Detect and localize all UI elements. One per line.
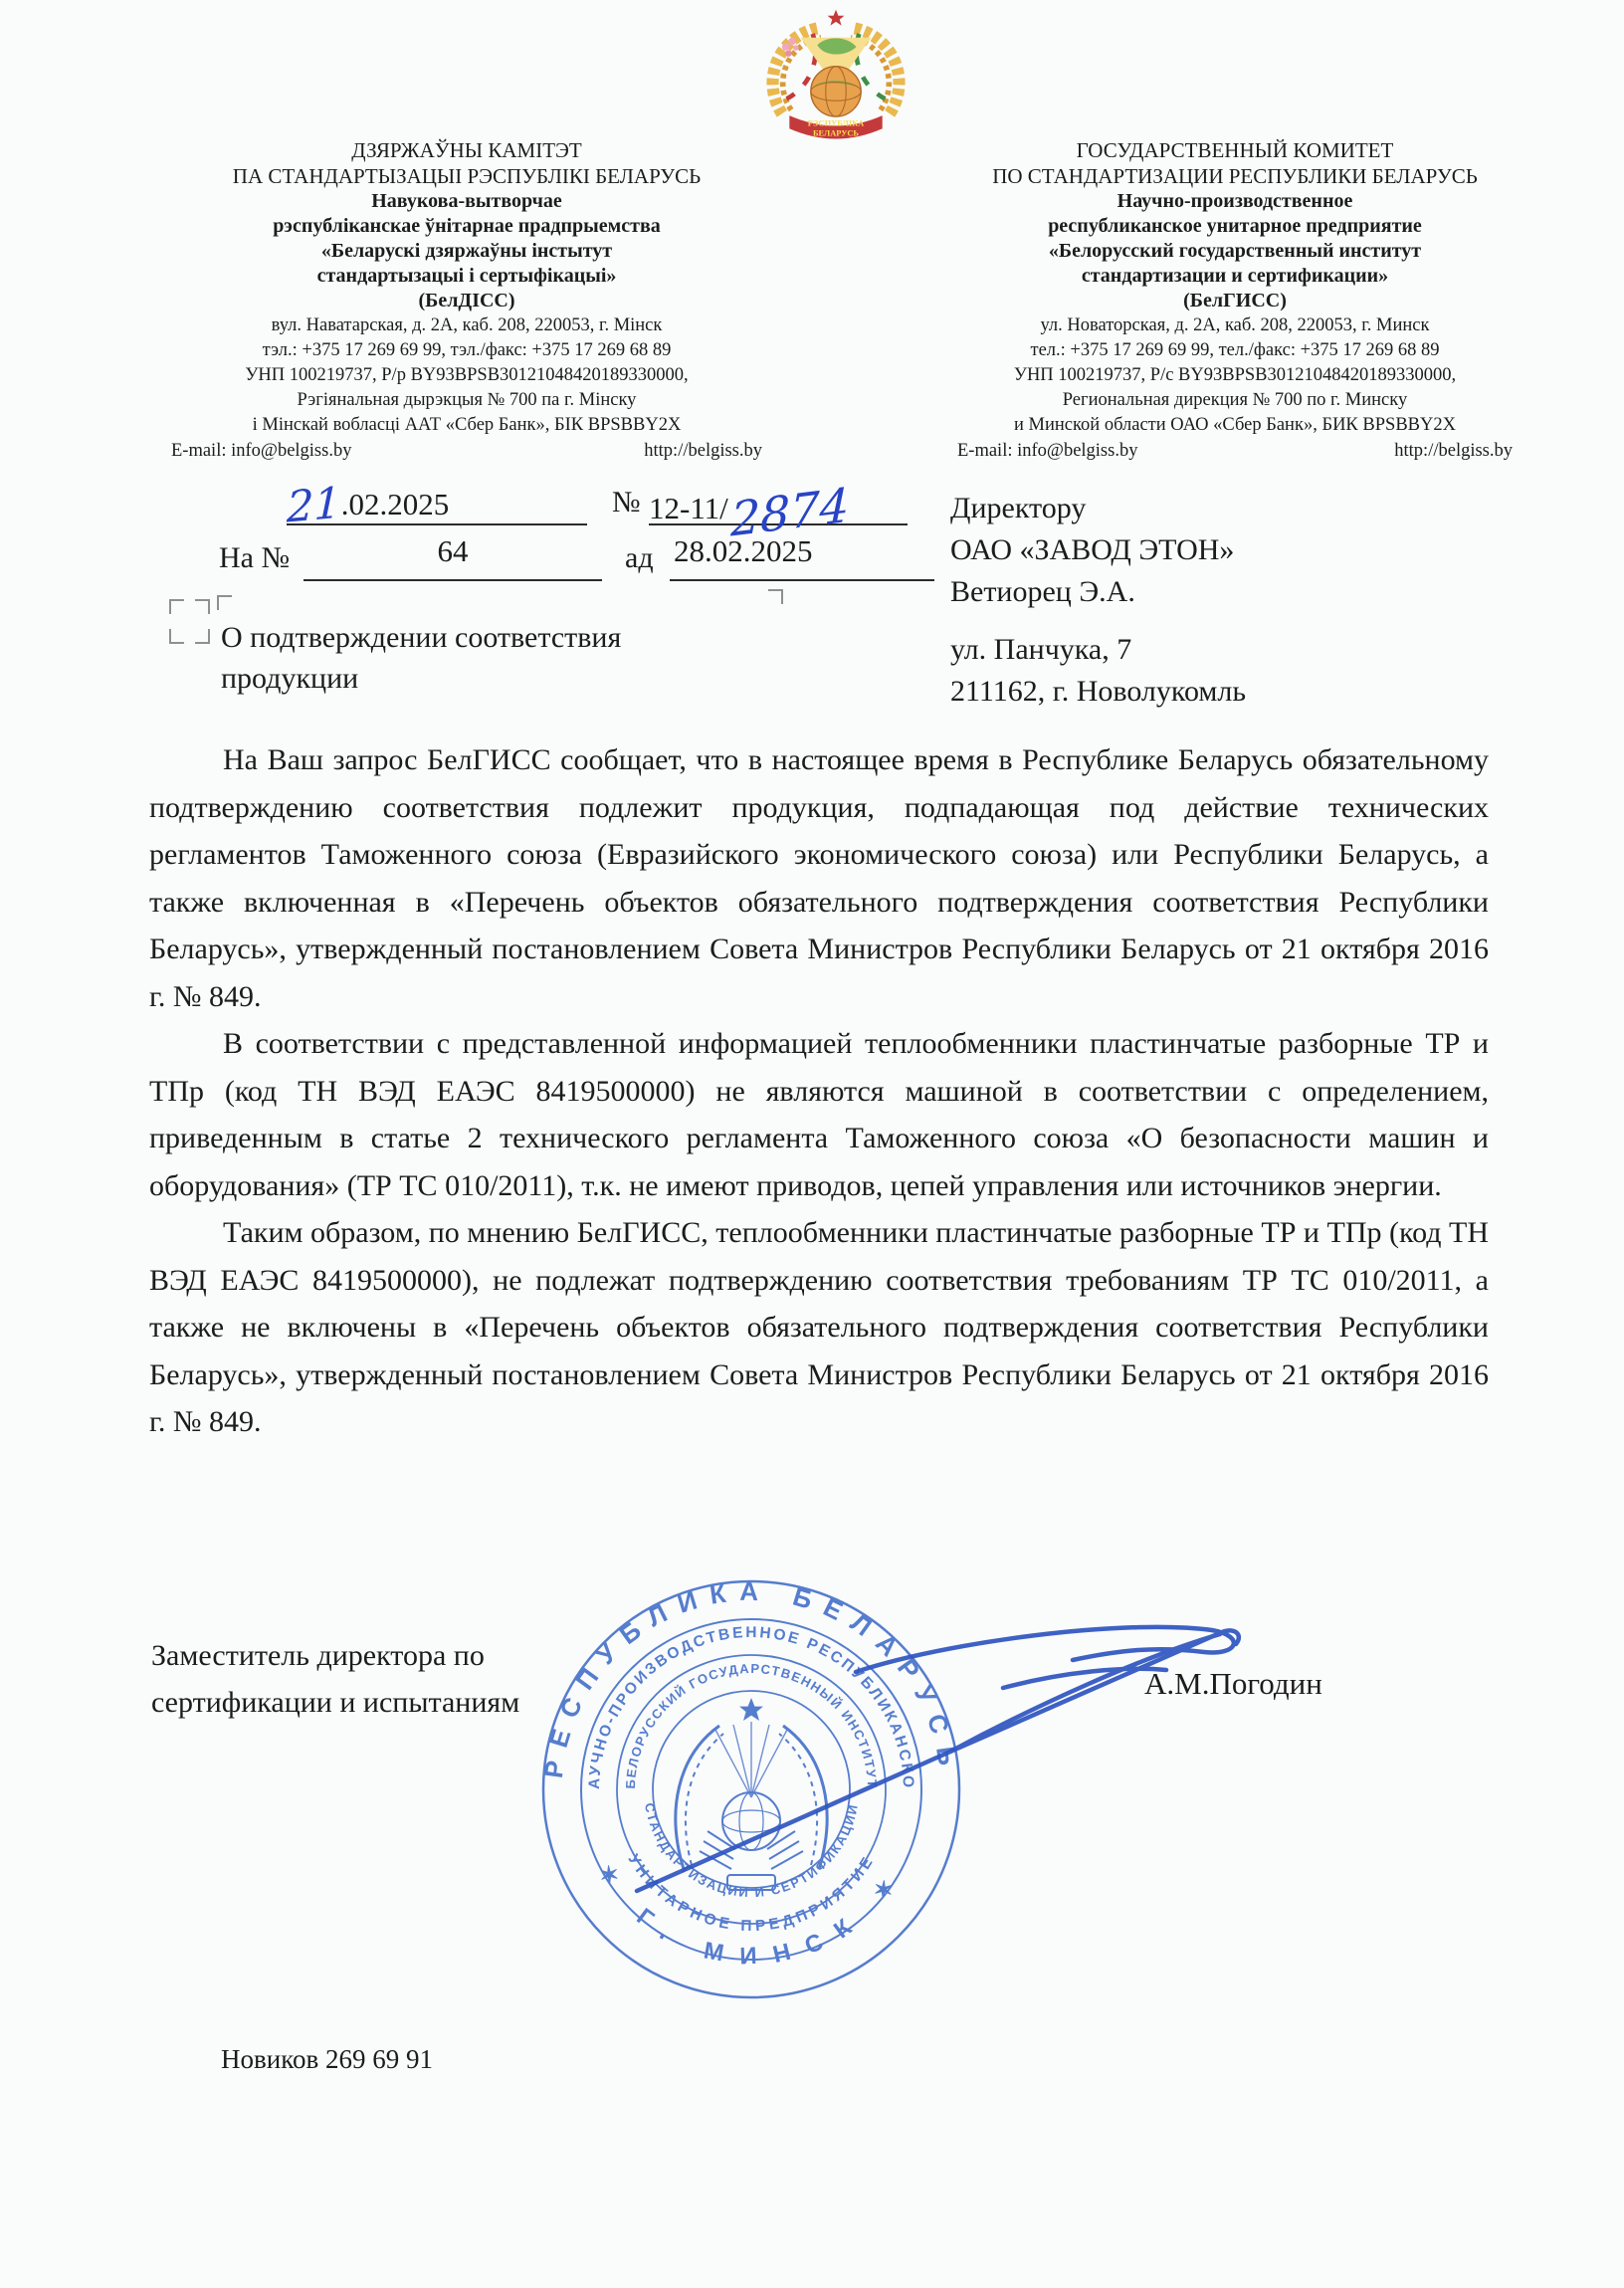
email-ru: E-mail: info@belgiss.by [957,438,1137,464]
email-site-row-by: E-mail: info@belgiss.by http://belgiss.b… [157,438,776,464]
org-name-by: Навукова-вытворчае [157,189,776,214]
ribbon-text-2: БЕЛАРУСЬ [813,129,859,138]
subject-line: О подтверждении соответствия продукции [221,617,679,699]
addressee-position: Директору [950,488,1508,529]
committee-name-by: ДЗЯРЖАЎНЫ КАМІТЭТ [157,137,776,163]
email-site-row-ru: E-mail: info@belgiss.by http://belgiss.b… [943,438,1526,464]
paragraph-2: В соответствии с представленной информац… [149,1020,1489,1209]
addressee-city: 211162, г. Новолукомль [950,671,1508,713]
letter-body: На Ваш запрос БелГИСС сообщает, что в на… [149,736,1489,1446]
form-corner-mark [768,589,783,604]
flower [782,43,789,50]
form-corner-mark [169,599,184,614]
addressee-block: Директору ОАО «ЗАВОД ЭТОН» Ветиорец Э.А.… [950,488,1508,713]
in-reply-label: На № [219,541,290,575]
outgoing-number-field: 12-11/2874 [649,476,908,525]
reference-block: 21.02.2025 № 12-11/2874 На № 64 ад 28.02… [159,476,955,605]
national-emblem-icon: РЭСПУБЛІКА БЕЛАРУСЬ [741,6,930,145]
ribbon-text-1: РЭСПУБЛІКА [808,118,864,127]
website-by: http://belgiss.by [644,438,762,464]
addressee-gap [950,613,1508,629]
handwritten-day: 21 [287,478,341,532]
committee-name-ru: ГОСУДАРСТВЕННЫЙ КОМИТЕТ [943,137,1526,163]
form-corner-mark [169,629,184,644]
printed-date: .02.2025 [341,487,450,521]
email-by: E-mail: info@belgiss.by [171,438,351,464]
from-date-label: ад [625,541,654,575]
addressee-street: ул. Панчука, 7 [950,629,1508,671]
outgoing-date-field: 21.02.2025 [287,476,587,525]
form-corner-mark [217,595,232,610]
header-belarusian: ДЗЯРЖАЎНЫ КАМІТЭТ ПА СТАНДАРТЫЗАЦЫІ РЭСП… [157,137,776,464]
incoming-date-field: 28.02.2025 [670,533,934,581]
handwritten-signature [607,1590,1284,1919]
form-corner-mark [195,599,210,614]
org-address-by: вул. Наватарская, д. 2А, каб. 208, 22005… [157,313,776,338]
number-sign: № [612,486,641,520]
addressee-company: ОАО «ЗАВОД ЭТОН» [950,529,1508,571]
org-name-ru: Научно-производственное [943,189,1526,214]
red-star [828,10,845,26]
executor-contact: Новиков 269 69 91 [221,2044,433,2075]
form-corner-mark [195,629,210,644]
printed-number: 12-11/ [649,491,728,525]
header-russian: ГОСУДАРСТВЕННЫЙ КОМИТЕТ ПО СТАНДАРТИЗАЦИ… [943,137,1526,464]
paragraph-3: Таким образом, по мнению БелГИСС, теплоо… [149,1209,1489,1446]
website-ru: http://belgiss.by [1394,438,1513,464]
paragraph-1: На Ваш запрос БелГИСС сообщает, что в на… [149,736,1489,1020]
incoming-number-field: 64 [304,533,602,581]
addressee-person: Ветиорец Э.А. [950,571,1508,613]
globe [811,67,861,116]
letter-page: РЭСПУБЛІКА БЕЛАРУСЬ ДЗЯРЖАЎНЫ КАМІТЭТ ПА… [0,0,1624,2288]
org-address-ru: ул. Новаторская, д. 2А, каб. 208, 220053… [943,313,1526,338]
